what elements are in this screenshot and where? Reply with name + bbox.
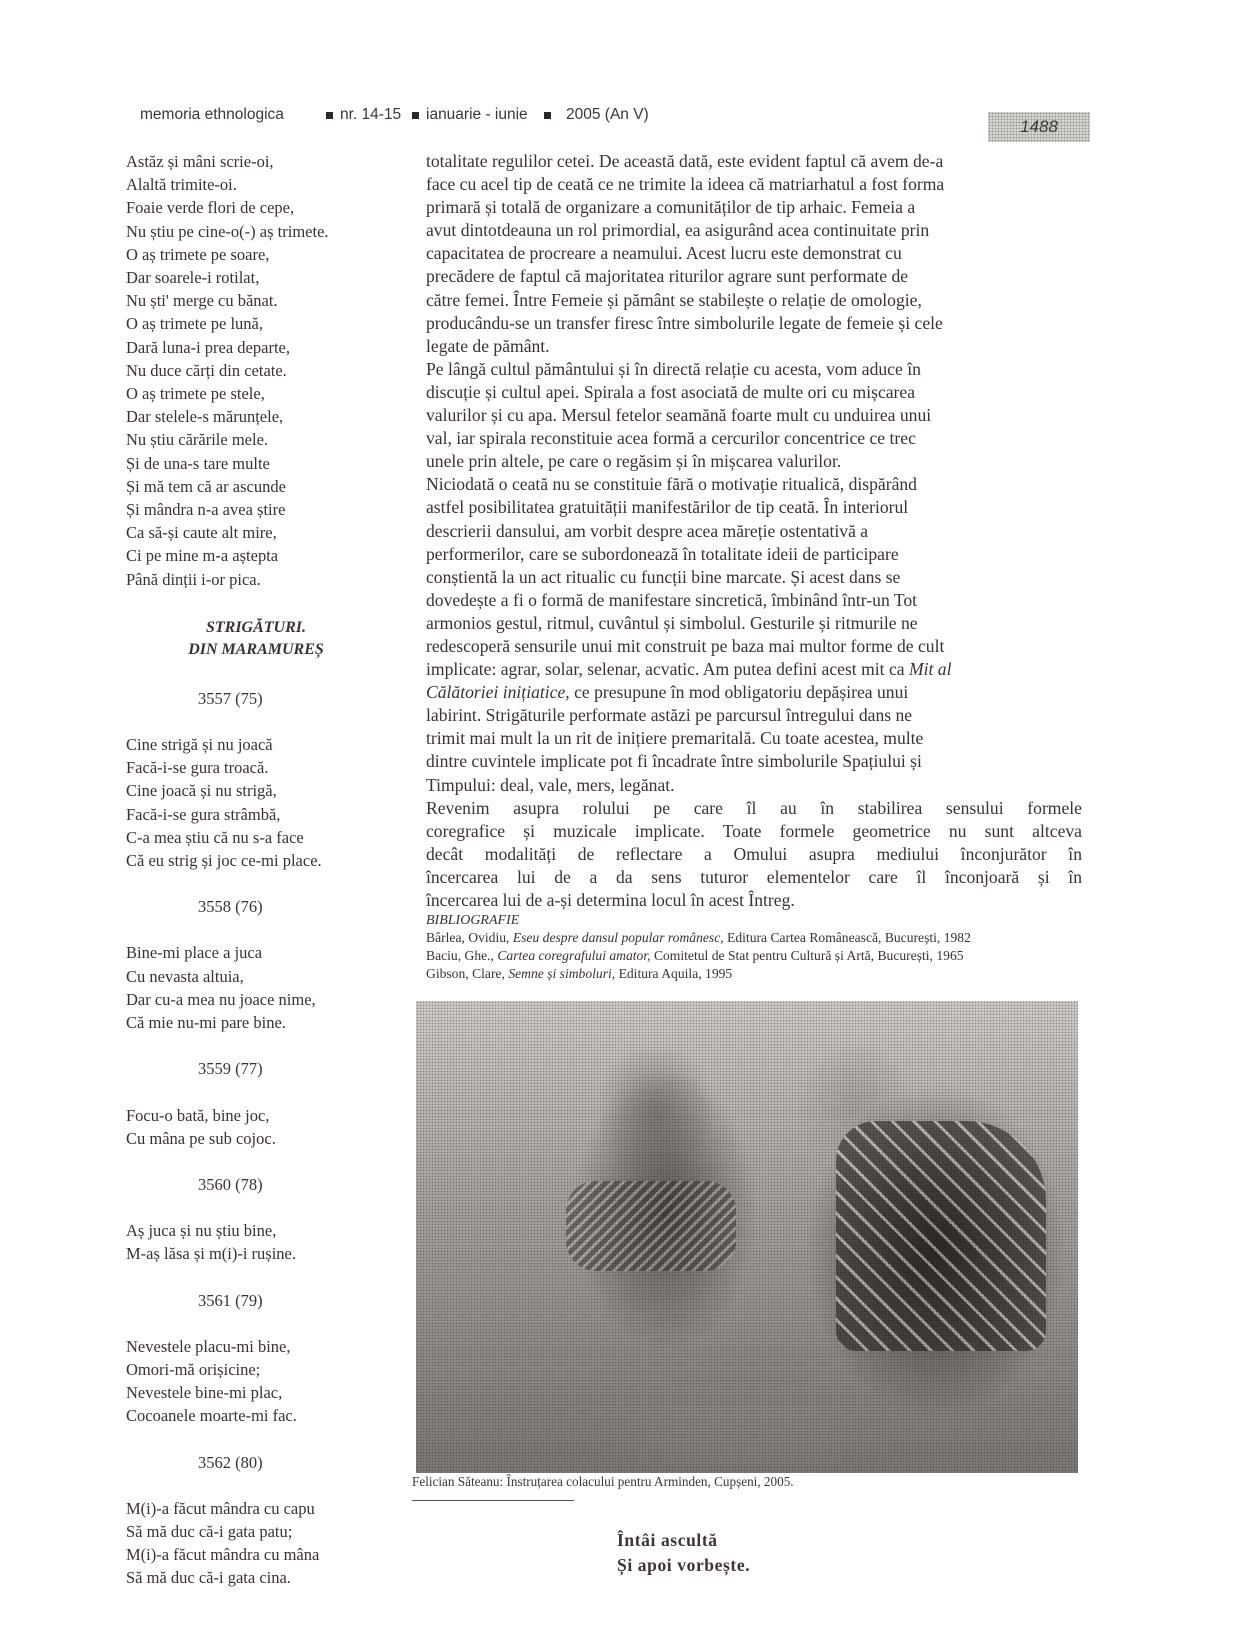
book-title: Semne și simboluri,	[508, 966, 615, 981]
poem-block: 3558 (76)Bine-mi place a jucaCu nevasta …	[126, 895, 396, 1057]
verse-line: Dar stelele-s mărunțele,	[126, 405, 396, 428]
text-line: descrierii dansului, am vorbit despre ac…	[426, 520, 1082, 543]
verse-line: Să mă duc că-i gata cina.	[126, 1566, 396, 1589]
text-line: trimit mai mult la un rit de inițiere pr…	[426, 727, 1082, 750]
verse-line: Nevestele bine-mi plac,	[126, 1381, 396, 1404]
closing-line-2: Și apoi vorbește.	[617, 1553, 750, 1578]
italic-term: Călătoriei inițiatice,	[426, 682, 570, 702]
poem-number: 3557 (75)	[198, 687, 396, 710]
text-line: unele prin altele, pe care o regăsim și …	[426, 450, 1082, 473]
bibliography-entry: Bârlea, Ovidiu, Eseu despre dansul popul…	[426, 929, 1082, 947]
verse-line: Focu-o bată, bine joc,	[126, 1104, 396, 1127]
spacer	[126, 1312, 396, 1335]
text-line: coregrafice și muzicale implicate. Toate…	[426, 820, 1082, 843]
book-title: Eseu despre dansul popular românesc	[513, 930, 720, 945]
left-column-verses: Astăz și mâni scrie-oi,Alaltă trimite-oi…	[126, 150, 396, 1590]
text-line: valurilor și cu apa. Mersul fetelor seam…	[426, 404, 1082, 427]
bibliography-entry: Baciu, Ghe., Cartea coregrafului amator,…	[426, 947, 1082, 965]
text-line: astfel posibilitatea gratuității manifes…	[426, 496, 1082, 519]
text-line: încercarea lui de a da sens tuturor elem…	[426, 866, 1082, 889]
verse-line: Și mă tem că ar ascunde	[126, 475, 396, 498]
verse-line: Foaie verde flori de cepe,	[126, 196, 396, 219]
verse-line: Și de una-s tare multe	[126, 452, 396, 475]
verse-line: Bine-mi place a juca	[126, 941, 396, 964]
verse-line: Nevestele placu-mi bine,	[126, 1335, 396, 1358]
verse-line: Cine strigă și nu joacă	[126, 733, 396, 756]
journal-name: memoria ethnologica	[140, 106, 284, 124]
italic-term: Mit al	[909, 659, 952, 679]
text-line: implicate: agrar, solar, selenar, acvati…	[426, 658, 1082, 681]
verse-line: Dară luna-i prea departe,	[126, 336, 396, 359]
verse-line: Nu duce cărți din cetate.	[126, 359, 396, 382]
verse-line: Alaltă trimite-oi.	[126, 173, 396, 196]
text-line: capacitatea de procreare a neamului. Ace…	[426, 242, 1082, 265]
poem-number: 3559 (77)	[198, 1057, 396, 1080]
poem-block: 3562 (80)M(i)-a făcut mândra cu capuSă m…	[126, 1451, 396, 1590]
page-number: 1488	[988, 112, 1090, 142]
verse-line: Facă-i-se gura troacă.	[126, 756, 396, 779]
text-line: precădere de faptul că majoritatea ritur…	[426, 265, 1082, 288]
verse-line: Până dinții i-or pica.	[126, 568, 396, 591]
text-line: performerilor, care se subordonează în t…	[426, 543, 1082, 566]
poem-list: 3557 (75)Cine strigă și nu joacăFacă-i-s…	[126, 687, 396, 1590]
spacer	[126, 872, 396, 895]
paragraph-3: Niciodată o ceată nu se constituie fără …	[426, 473, 1082, 796]
verse-line: Nu știu pe cine-o(-) aș trimete.	[126, 220, 396, 243]
verse-line: Și mândra n-a avea știre	[126, 498, 396, 521]
photo-girls-decorating-bread	[416, 1001, 1078, 1473]
text-line: Călătoriei inițiatice, ce presupune în m…	[426, 681, 1082, 704]
section-title-line1: STRIGĂTURI.	[136, 617, 376, 639]
separator-square-icon	[544, 112, 551, 119]
verse-line: Să mă duc că-i gata patu;	[126, 1520, 396, 1543]
paragraph-4: Revenim asupra rolului pe care îl au în …	[426, 797, 1082, 912]
text-line: către femei. Între Femeie și pământ se s…	[426, 289, 1082, 312]
poem-number: 3560 (78)	[198, 1173, 396, 1196]
verse-line: Ca să-și caute alt mire,	[126, 521, 396, 544]
opening-stanza: Astăz și mâni scrie-oi,Alaltă trimite-oi…	[126, 150, 396, 591]
halftone-texture	[416, 1001, 1078, 1473]
verse-line: Cine joacă și nu strigă,	[126, 779, 396, 802]
issue-number: nr. 14-15	[340, 106, 401, 124]
verse-line: Cu nevasta altuia,	[126, 965, 396, 988]
spacer	[126, 1474, 396, 1497]
bibliography-entry: Gibson, Clare, Semne și simboluri, Editu…	[426, 965, 1082, 983]
text-line: discuție și cultul apei. Spirala a fost …	[426, 381, 1082, 404]
text-line: Pe lângă cultul pământului și în directă…	[426, 358, 1082, 381]
footnote-rule	[412, 1500, 574, 1501]
verse-line: Aș juca și nu știu bine,	[126, 1219, 396, 1242]
bibliography-title: BIBLIOGRAFIE	[426, 912, 1082, 929]
verse-line: Că eu strig și joc ce-mi place.	[126, 849, 396, 872]
text-line: redescoperă sensurile unui mit construit…	[426, 635, 1082, 658]
spacer	[126, 1196, 396, 1219]
section-title: STRIGĂTURI. DIN MARAMUREȘ	[136, 617, 376, 661]
poem-block: 3559 (77)Focu-o bată, bine joc,Cu mâna p…	[126, 1057, 396, 1173]
verse-line: Cu mâna pe sub cojoc.	[126, 1127, 396, 1150]
text-line: decât modalități de reflectare a Omului …	[426, 843, 1082, 866]
text-line: primară și totală de organizare a comuni…	[426, 196, 1082, 219]
poem-block: 3561 (79)Nevestele placu-mi bine,Omori-m…	[126, 1289, 396, 1451]
text-line: dovedește a fi o formă de manifestare si…	[426, 589, 1082, 612]
closing-line-1: Întâi ascultă	[617, 1528, 750, 1553]
verse-line: Astăz și mâni scrie-oi,	[126, 150, 396, 173]
issue-period: ianuarie - iunie	[426, 106, 528, 124]
spacer	[126, 1428, 396, 1451]
verse-line: Că mie nu-mi pare bine.	[126, 1011, 396, 1034]
verse-line: O aș trimete pe stele,	[126, 382, 396, 405]
verse-line: Cocoanele moarte-mi fac.	[126, 1404, 396, 1427]
poem-block: 3557 (75)Cine strigă și nu joacăFacă-i-s…	[126, 687, 396, 895]
closing-verse: Întâi ascultă Și apoi vorbește.	[617, 1528, 750, 1578]
verse-line: M(i)-a făcut mândra cu capu	[126, 1497, 396, 1520]
text-line: încercarea lui de a-și determina locul î…	[426, 889, 1082, 912]
poem-number: 3561 (79)	[198, 1289, 396, 1312]
text-line: Timpului: deal, vale, mers, legănat.	[426, 774, 1082, 797]
spacer	[126, 710, 396, 733]
book-title: Cartea coregrafului amator,	[497, 948, 650, 963]
verse-line: Ci pe mine m-a aștepta	[126, 544, 396, 567]
spacer	[126, 1150, 396, 1173]
separator-square-icon	[326, 112, 333, 119]
verse-line: Facă-i-se gura strâmbă,	[126, 803, 396, 826]
text-line: labirint. Strigăturile performate astăzi…	[426, 704, 1082, 727]
separator-square-icon	[412, 112, 419, 119]
verse-line: O aș trimete pe lună,	[126, 312, 396, 335]
text-line: legate de pământ.	[426, 335, 1082, 358]
bibliography-list: Bârlea, Ovidiu, Eseu despre dansul popul…	[426, 929, 1082, 983]
section-title-line2: DIN MARAMUREȘ	[136, 639, 376, 661]
text-line: Revenim asupra rolului pe care îl au în …	[426, 797, 1082, 820]
text-line: armonios gestul, ritmul, cuvântul și sim…	[426, 612, 1082, 635]
spacer	[126, 1081, 396, 1104]
verse-line: M(i)-a făcut mândra cu mâna	[126, 1543, 396, 1566]
verse-line: Nu știu cărările mele.	[126, 428, 396, 451]
verse-line: M-aș lăsa și m(i)-i rușine.	[126, 1242, 396, 1265]
text-line: val, iar spirala reconstituie acea formă…	[426, 427, 1082, 450]
spacer	[126, 918, 396, 941]
verse-line: Dar cu-a mea nu joace nime,	[126, 988, 396, 1011]
text-line: avut dintotdeauna un rol primordial, ea …	[426, 219, 1082, 242]
verse-line: O aș trimete pe soare,	[126, 243, 396, 266]
issue-year: 2005 (An V)	[566, 106, 649, 124]
paragraph-2: Pe lângă cultul pământului și în directă…	[426, 358, 1082, 473]
text-line: totalitate regulilor cetei. De această d…	[426, 150, 1082, 173]
text-line: Niciodată o ceată nu se constituie fără …	[426, 473, 1082, 496]
text-line: conștientă la un act ritualic cu funcții…	[426, 566, 1082, 589]
photo-caption: Felician Săteanu: Înstruțarea colacului …	[412, 1474, 1112, 1490]
right-column-article: totalitate regulilor cetei. De această d…	[426, 150, 1082, 983]
verse-line: Dar soarele-i rotilat,	[126, 266, 396, 289]
poem-number: 3562 (80)	[198, 1451, 396, 1474]
poem-number: 3558 (76)	[198, 895, 396, 918]
text-line: face cu acel tip de ceată ce ne trimite …	[426, 173, 1082, 196]
text-line: dintre cuvintele implicate pot fi încadr…	[426, 750, 1082, 773]
paragraph-1: totalitate regulilor cetei. De această d…	[426, 150, 1082, 358]
verse-line: C-a mea știu că nu s-a face	[126, 826, 396, 849]
spacer	[126, 1034, 396, 1057]
verse-line: Nu ști' merge cu bănat.	[126, 289, 396, 312]
poem-block: 3560 (78)Aș juca și nu știu bine,M-aș lă…	[126, 1173, 396, 1289]
text-line: producându-se un transfer firesc între s…	[426, 312, 1082, 335]
running-header: memoria ethnologica nr. 14-15 ianuarie -…	[140, 102, 1100, 132]
verse-line: Omori-mă orișicine;	[126, 1358, 396, 1381]
spacer	[126, 1266, 396, 1289]
